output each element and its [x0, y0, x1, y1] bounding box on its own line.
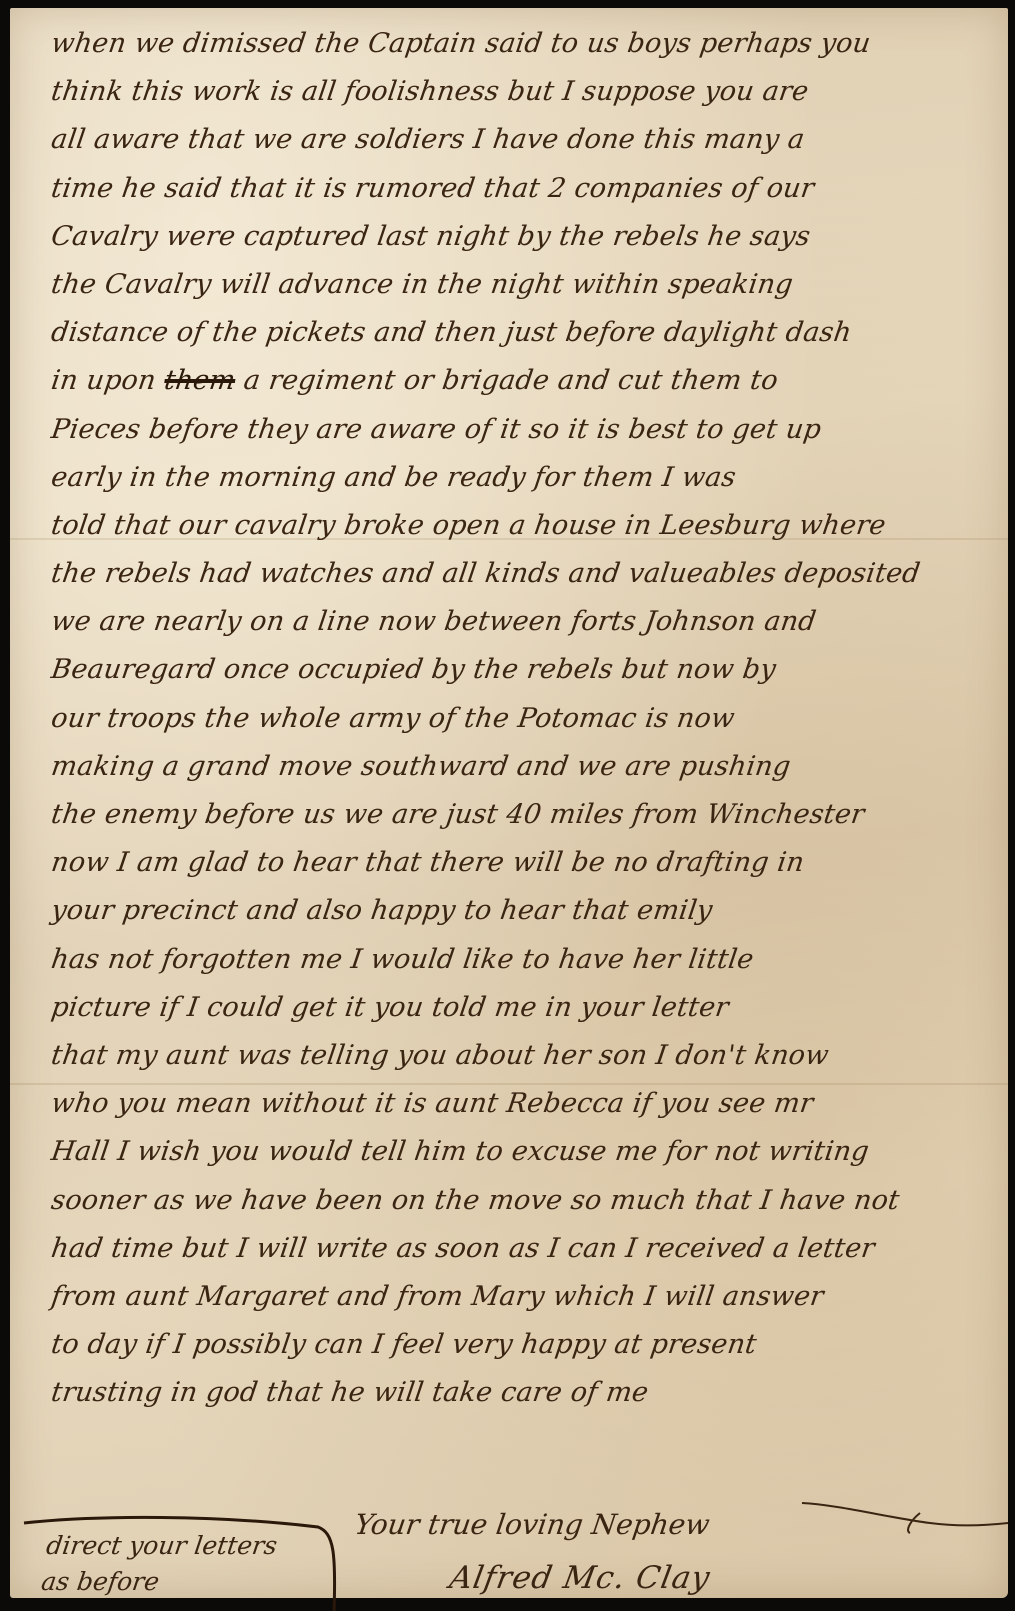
letter-line: had time but I will write as soon as I c… — [48, 1225, 1010, 1273]
letter-line: the Cavalry will advance in the night wi… — [48, 261, 1010, 309]
letter-line: told that our cavalry broke open a house… — [48, 502, 1010, 550]
letter-page: when we dimissed the Captain said to us … — [10, 8, 1008, 1598]
letter-line: the rebels had watches and all kinds and… — [48, 550, 1010, 598]
letter-line: has not forgotten me I would like to hav… — [48, 936, 1010, 984]
letter-line: Pieces before they are aware of it so it… — [48, 406, 1010, 454]
letter-line: from aunt Margaret and from Mary which I… — [48, 1273, 1010, 1321]
letter-line: we are nearly on a line now between fort… — [48, 598, 1010, 646]
letter-line-rest: a regiment or brigade and cut them to — [233, 365, 780, 396]
letter-line: who you mean without it is aunt Rebecca … — [48, 1080, 1010, 1128]
letter-line: early in the morning and be ready for th… — [48, 454, 1010, 502]
letter-line: the enemy before us we are just 40 miles… — [48, 791, 1010, 839]
letter-line: Hall I wish you would tell him to excuse… — [48, 1128, 1010, 1176]
letter-line: distance of the pickets and then just be… — [48, 309, 1010, 357]
letter-line: that my aunt was telling you about her s… — [48, 1032, 1010, 1080]
letter-body: when we dimissed the Captain said to us … — [48, 20, 1003, 1417]
letter-line: now I am glad to hear that there will be… — [48, 839, 1010, 887]
letter-line: our troops the whole army of the Potomac… — [48, 695, 1010, 743]
postscript-line: as before — [39, 1564, 334, 1600]
letter-line: to day if I possibly can I feel very hap… — [48, 1321, 1010, 1369]
letter-line: sooner as we have been on the move so mu… — [48, 1177, 1010, 1225]
letter-line-with-strikeout: in upon them a regiment or brigade and c… — [48, 357, 1010, 405]
letter-line: when we dimissed the Captain said to us … — [48, 20, 1010, 68]
signature: Alfred Mc. Clay — [447, 1560, 713, 1596]
postscript: direct your letters as before — [39, 1528, 339, 1600]
letter-line: picture if I could get it you told me in… — [48, 984, 1010, 1032]
letter-line: all aware that we are soldiers I have do… — [48, 116, 1010, 164]
letter-line: Beauregard once occupied by the rebels b… — [48, 646, 1010, 694]
letter-closing: Your true loving Nephew — [353, 1508, 712, 1541]
letter-line: Cavalry were captured last night by the … — [48, 213, 1010, 261]
letter-line: time he said that it is rumored that 2 c… — [48, 165, 1010, 213]
letter-line-start: in upon — [49, 365, 158, 396]
postscript-line: direct your letters — [44, 1528, 339, 1564]
pen-flourish — [800, 1483, 1010, 1543]
struck-out-word: them — [162, 365, 237, 396]
letter-line: making a grand move southward and we are… — [48, 743, 1010, 791]
letter-line: think this work is all foolishness but I… — [48, 68, 1010, 116]
letter-line: trusting in god that he will take care o… — [48, 1369, 1010, 1417]
letter-line: your precinct and also happy to hear tha… — [48, 887, 1010, 935]
